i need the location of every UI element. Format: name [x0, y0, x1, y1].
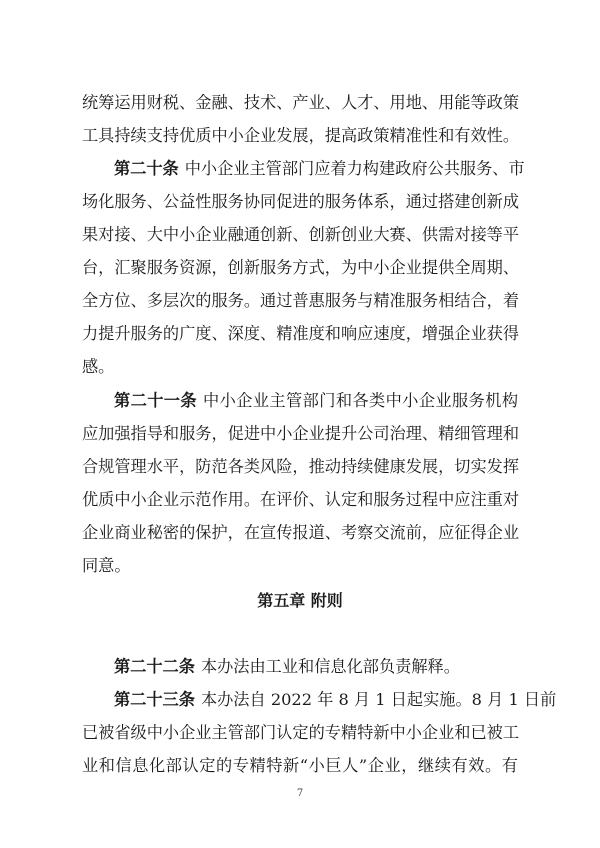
text-line: 优质中小企业示范作用。在评价、认定和服务过程中应注重对: [82, 489, 518, 511]
text-line: 已被省级中小企业主管部门认定的专精特新中小企业和已被工: [82, 722, 518, 744]
text-line: 企业商业秘密的保护，在宣传报道、考察交流前，应征得企业: [82, 522, 518, 544]
text-line: 果对接、大中小企业融通创新、创新创业大赛、供需对接等平: [82, 224, 518, 246]
page-number: 7: [0, 788, 600, 799]
text-line: 中小企业主管部门和各类中小企业服务机构: [203, 391, 518, 410]
document-page: 统筹运用财税、金融、技术、产业、人才、用地、用能等政策 工具持续支持优质中小企业…: [0, 0, 600, 848]
text-line: 同意。: [82, 555, 518, 577]
text-line: 应加强指导和服务，促进中小企业提升公司治理、精细管理和: [82, 423, 518, 445]
text-line: 本办法自 2022 年 8 月 1 日起实施。8 月 1 日前: [201, 690, 556, 709]
text-line: 全方位、多层次的服务。通过普惠服务与精准服务相结合，着: [82, 290, 518, 312]
text-line: 感。: [82, 356, 518, 378]
text-line: 力提升服务的广度、深度、精准度和响应速度，增强企业获得: [82, 323, 518, 345]
article-heading: 第二十三条: [114, 690, 195, 709]
text-line: 本办法由工业和信息化部负责解释。: [201, 657, 460, 676]
text-line: 台，汇聚服务资源，创新服务方式，为中小企业提供全周期、: [82, 257, 518, 279]
chapter-title: 第五章 附则: [0, 590, 600, 612]
article-heading: 第二十条: [114, 159, 179, 178]
article-23-first-line: 第二十三条本办法自 2022 年 8 月 1 日起实施。8 月 1 日前: [114, 689, 518, 711]
text-line: 工具持续支持优质中小企业发展，提高政策精准性和有效性。: [82, 125, 518, 147]
article-22-line: 第二十二条本办法由工业和信息化部负责解释。: [114, 656, 518, 678]
text-line: 统筹运用财税、金融、技术、产业、人才、用地、用能等政策: [82, 92, 518, 114]
article-20-first-line: 第二十条中小企业主管部门应着力构建政府公共服务、市: [114, 158, 518, 180]
text-line: 中小企业主管部门应着力构建政府公共服务、市: [185, 159, 525, 178]
article-21-first-line: 第二十一条中小企业主管部门和各类中小企业服务机构: [114, 390, 518, 412]
text-line: 业和信息化部认定的专精特新“小巨人”企业，继续有效。有: [82, 755, 518, 777]
text-line: 场化服务、公益性服务协同促进的服务体系，通过搭建创新成: [82, 191, 518, 213]
text-line: 合规管理水平，防范各类风险，推动持续健康发展，切实发挥: [82, 456, 518, 478]
article-heading: 第二十二条: [114, 657, 195, 676]
article-heading: 第二十一条: [114, 391, 197, 410]
